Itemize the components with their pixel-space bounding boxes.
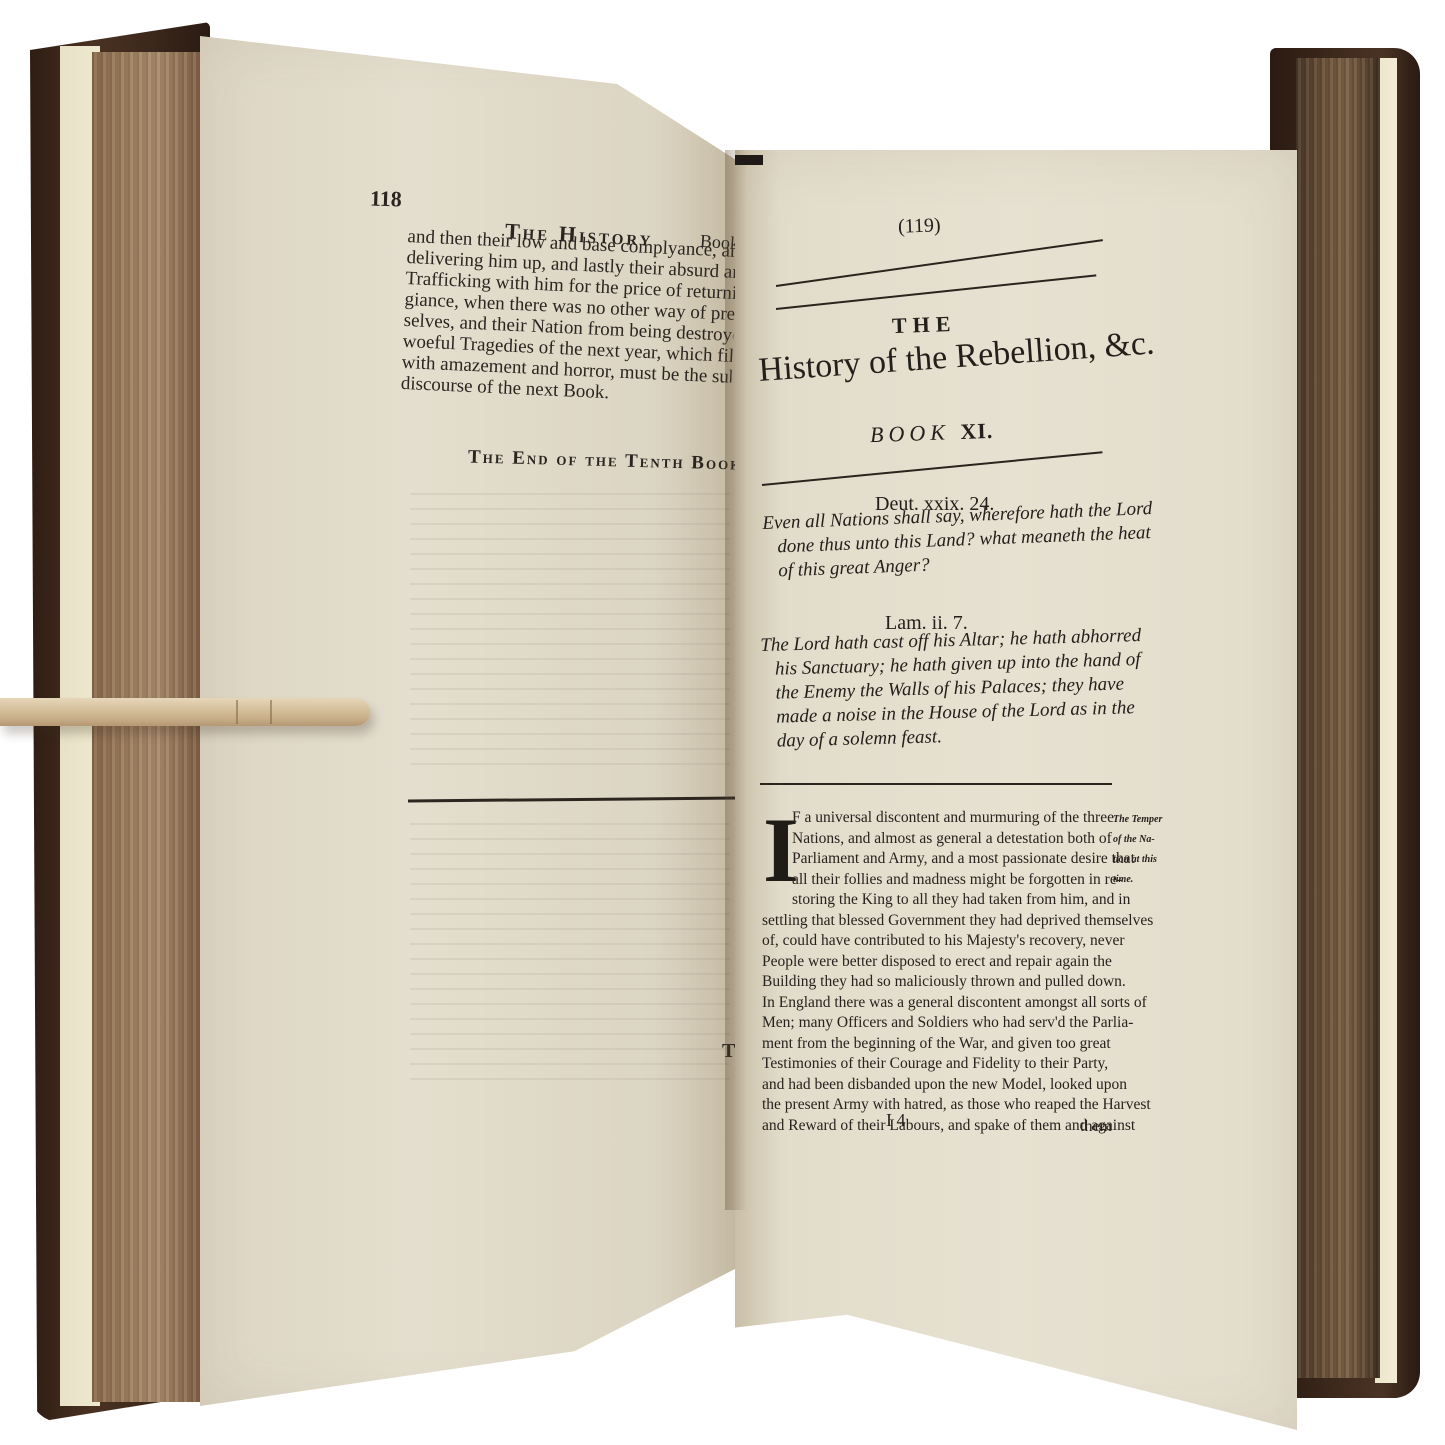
text-line: Building they had so maliciously thrown … <box>762 972 1114 993</box>
show-through-text-lower <box>410 810 730 1093</box>
book-heading: BOOK XI. <box>870 418 994 448</box>
sidenote-line: The Temper <box>1113 810 1162 830</box>
text-line: Men; many Officers and Soldiers who had … <box>762 1013 1114 1034</box>
margin-sidenote: The Temper of the Na- tion at this time. <box>1113 810 1162 890</box>
text-line: In England there was a general disconten… <box>762 993 1114 1014</box>
text-line: Testimonies of their Courage and Fidelit… <box>762 1054 1114 1075</box>
text-line: storing the King to all they had taken f… <box>762 890 1114 911</box>
sidenote-line: tion at this <box>1113 850 1162 870</box>
text-line: F a universal discontent and murmuring o… <box>762 808 1114 829</box>
sidenote-line: time. <box>1113 870 1162 890</box>
stick-notch <box>236 700 238 724</box>
text-line: and had been disbanded upon the new Mode… <box>762 1075 1114 1096</box>
show-through-text <box>410 480 730 778</box>
verse-lam: The Lord hath cast off his Altar; he hat… <box>760 624 1144 754</box>
left-page-number: 118 <box>370 185 403 212</box>
text-line: the present Army with hatred, as those w… <box>762 1095 1114 1116</box>
body-rule <box>760 783 1112 785</box>
text-line: of, could have contributed to his Majest… <box>762 931 1114 952</box>
book-label: BOOK <box>870 419 951 447</box>
signature-mark: I 4 <box>886 1110 906 1131</box>
text-line: ment from the beginning of the War, and … <box>762 1034 1114 1055</box>
left-page-body: and then their low and base complyance, … <box>400 226 737 409</box>
text-line: settling that blessed Government they ha… <box>762 911 1114 932</box>
text-line: all their follies and madness might be f… <box>762 870 1114 891</box>
text-line: and Reward of their Labours, and spake o… <box>762 1116 1114 1137</box>
gutter-shadow <box>725 150 747 1210</box>
sidenote-line: of the Na- <box>1113 830 1162 850</box>
stick-notch <box>270 700 272 724</box>
spine-top <box>735 155 763 165</box>
text-line: Nations, and almost as general a detesta… <box>762 829 1114 850</box>
right-page-number: (119) <box>898 214 941 238</box>
right-catchword: them <box>1080 1118 1112 1136</box>
text-line: Parliament and Army, and a most passiona… <box>762 849 1114 870</box>
book-photo: 118 The History Book and then their low … <box>0 0 1445 1445</box>
right-page-body: F a universal discontent and murmuring o… <box>762 808 1114 1136</box>
right-page-block-edge <box>1296 58 1380 1378</box>
wooden-bookmark-stick <box>0 698 370 726</box>
title-the: THE <box>892 311 957 339</box>
verse-deut: Even all Nations shall say, wherefore ha… <box>762 497 1154 584</box>
text-line: People were better disposed to erect and… <box>762 952 1114 973</box>
book-number: XI. <box>960 418 994 444</box>
left-page-block-edge <box>92 52 212 1402</box>
